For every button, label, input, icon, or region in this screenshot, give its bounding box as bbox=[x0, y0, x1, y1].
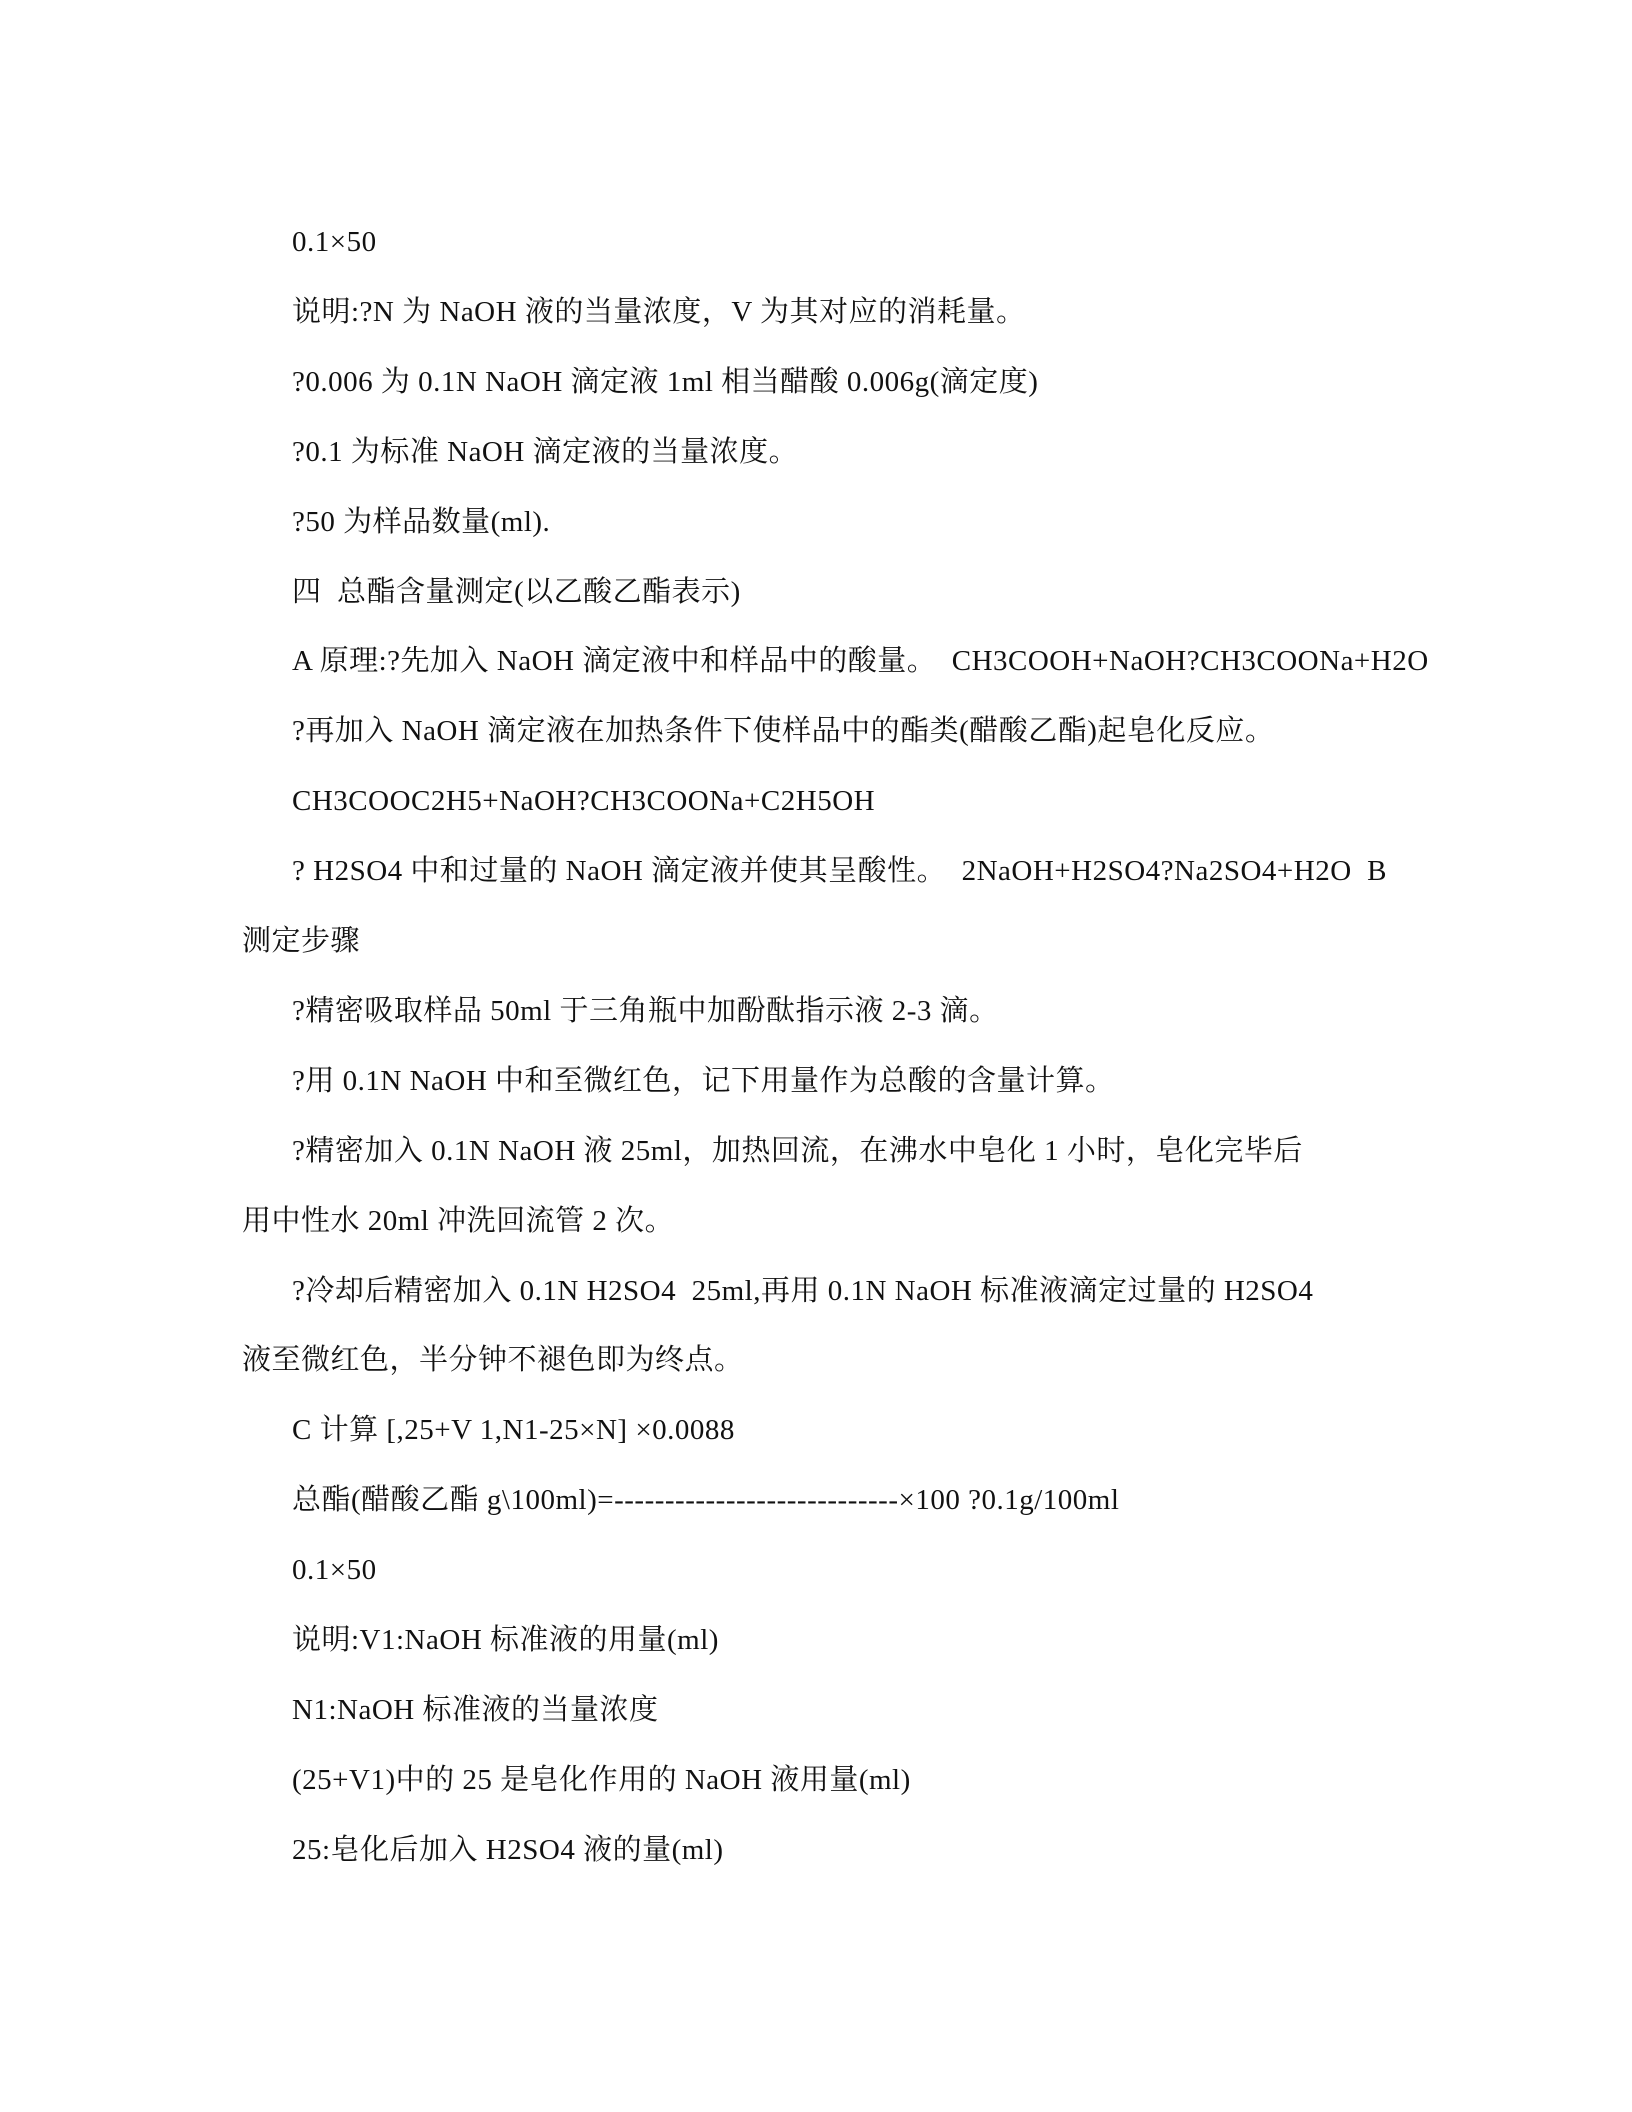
formula-line: 总酯(醋酸乙酯 g\100ml)=-----------------------… bbox=[292, 1480, 1119, 1520]
procedure-step-continuation: 用中性水 20ml 冲洗回流管 2 次。 bbox=[242, 1201, 674, 1241]
note-line: 说明:?N 为 NaOH 液的当量浓度，V 为其对应的消耗量。 bbox=[292, 292, 1026, 332]
procedure-step: ?精密吸取样品 50ml 于三角瓶中加酚酞指示液 2-3 滴。 bbox=[292, 991, 999, 1031]
note-line: N1:NaOH 标准液的当量浓度 bbox=[292, 1690, 658, 1730]
document-page: 0.1×50 说明:?N 为 NaOH 液的当量浓度，V 为其对应的消耗量。 ?… bbox=[0, 0, 1632, 2112]
note-line: ?0.1 为标准 NaOH 滴定液的当量浓度。 bbox=[292, 432, 798, 472]
note-line: ?0.006 为 0.1N NaOH 滴定液 1ml 相当醋酸 0.006g(滴… bbox=[292, 362, 1038, 402]
reaction-equation: CH3COOC2H5+NaOH?CH3COONa+C2H5OH bbox=[292, 781, 875, 821]
principle-line: ? H2SO4 中和过量的 NaOH 滴定液并使其呈酸性。 2NaOH+H2SO… bbox=[292, 851, 1387, 891]
note-line: 25:皂化后加入 H2SO4 液的量(ml) bbox=[292, 1830, 724, 1870]
note-line: 说明:V1:NaOH 标准液的用量(ml) bbox=[292, 1620, 719, 1660]
procedure-step: ?冷却后精密加入 0.1N H2SO4 25ml,再用 0.1N NaOH 标准… bbox=[292, 1271, 1313, 1311]
section-heading: 四 总酯含量测定(以乙酸乙酯表示) bbox=[292, 572, 741, 612]
principle-line: A 原理:?先加入 NaOH 滴定液中和样品中的酸量。 CH3COOH+NaOH… bbox=[292, 641, 1429, 681]
principle-line: ?再加入 NaOH 滴定液在加热条件下使样品中的酯类(醋酸乙酯)起皂化反应。 bbox=[292, 711, 1274, 751]
formula-denominator: 0.1×50 bbox=[292, 222, 377, 262]
procedure-step: ?精密加入 0.1N NaOH 液 25ml，加热回流，在沸水中皂化 1 小时，… bbox=[292, 1131, 1303, 1171]
procedure-step-continuation: 液至微红色，半分钟不褪色即为终点。 bbox=[242, 1340, 744, 1380]
formula-denominator: 0.1×50 bbox=[292, 1550, 377, 1590]
note-line: (25+V1)中的 25 是皂化作用的 NaOH 液用量(ml) bbox=[292, 1760, 911, 1800]
formula-numerator: C 计算 [,25+V 1,N1-25×N] ×0.0088 bbox=[292, 1410, 735, 1450]
procedure-step: ?用 0.1N NaOH 中和至微红色，记下用量作为总酸的含量计算。 bbox=[292, 1061, 1115, 1101]
note-line: ?50 为样品数量(ml). bbox=[292, 502, 550, 542]
subsection-heading: 测定步骤 bbox=[242, 921, 360, 961]
